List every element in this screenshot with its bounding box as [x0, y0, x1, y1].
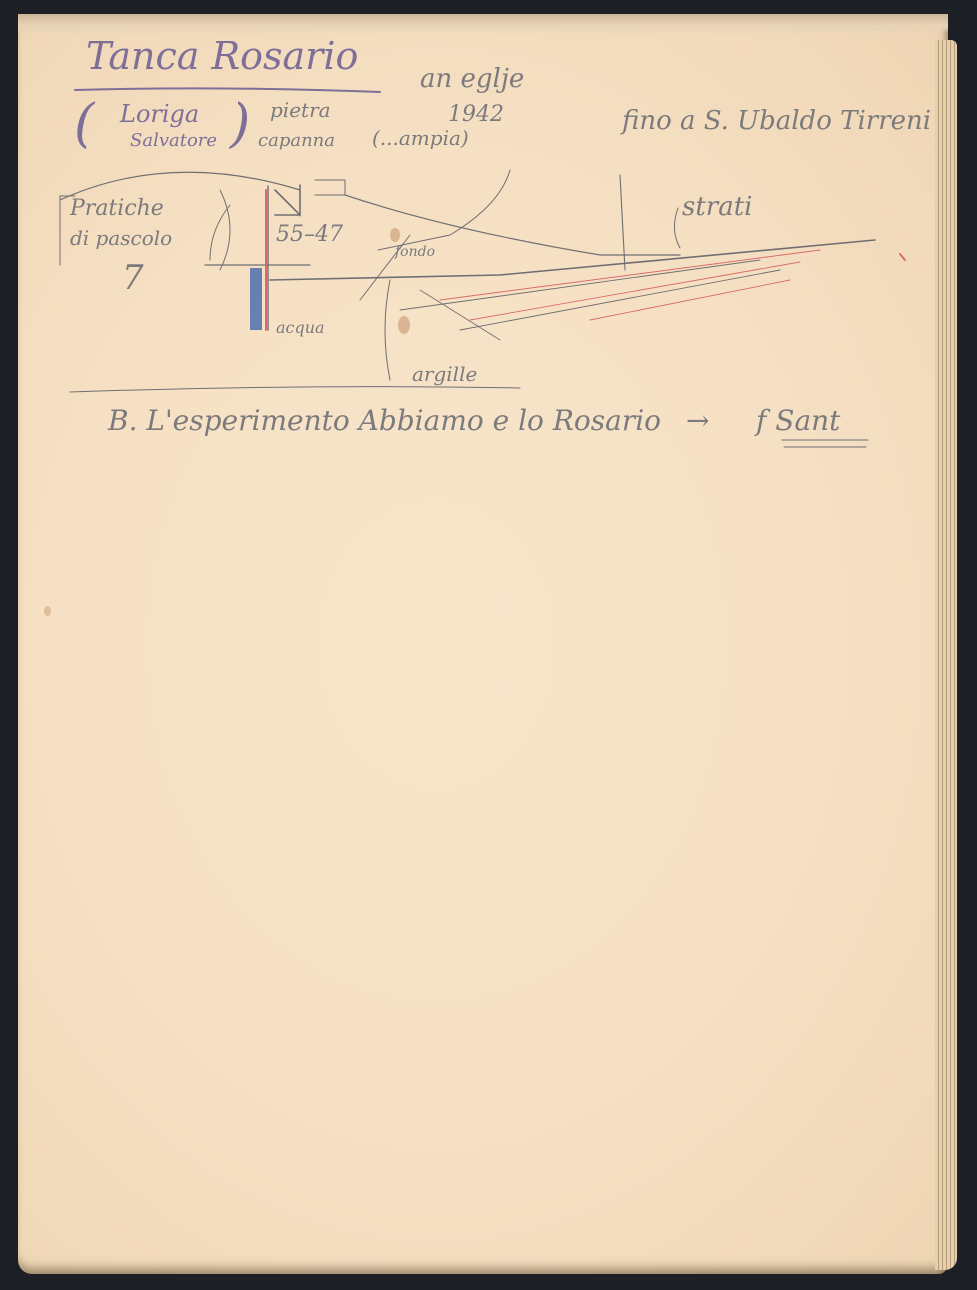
label-argille: argille	[412, 362, 477, 386]
top-right-note: fino a S. Ubaldo Tirreni	[622, 106, 931, 136]
left-block-line2: di pascolo	[70, 226, 172, 250]
bottom-line-text: B. L'esperimento Abbiamo e lo Rosario	[108, 404, 661, 437]
label-fondo: fondo	[395, 244, 435, 260]
note-date: 1942	[448, 102, 504, 127]
pencil-sketch	[0, 0, 977, 1290]
bottom-end-text: f Sant	[756, 404, 840, 437]
title: Tanca Rosario	[86, 34, 358, 78]
subtitle-line1: Loriga	[120, 100, 199, 128]
left-number: 7	[122, 258, 144, 298]
label-strati: strati	[682, 192, 752, 222]
measure: 55–47	[276, 222, 343, 247]
left-block-line1: Pratiche	[70, 196, 164, 221]
subtitle-line2: Salvatore	[130, 130, 217, 151]
note-capanna: capanna	[258, 130, 335, 151]
blue-bar	[250, 268, 262, 330]
bracket-right: )	[230, 94, 250, 154]
note-eglie: an eglje	[420, 64, 524, 94]
bottom-arrow: →	[686, 404, 709, 437]
bracket-left: (	[74, 94, 94, 154]
note-pietra: pietra	[270, 98, 331, 122]
label-acque: acqua	[276, 318, 325, 337]
note-stratig: (...ampia)	[372, 126, 469, 150]
